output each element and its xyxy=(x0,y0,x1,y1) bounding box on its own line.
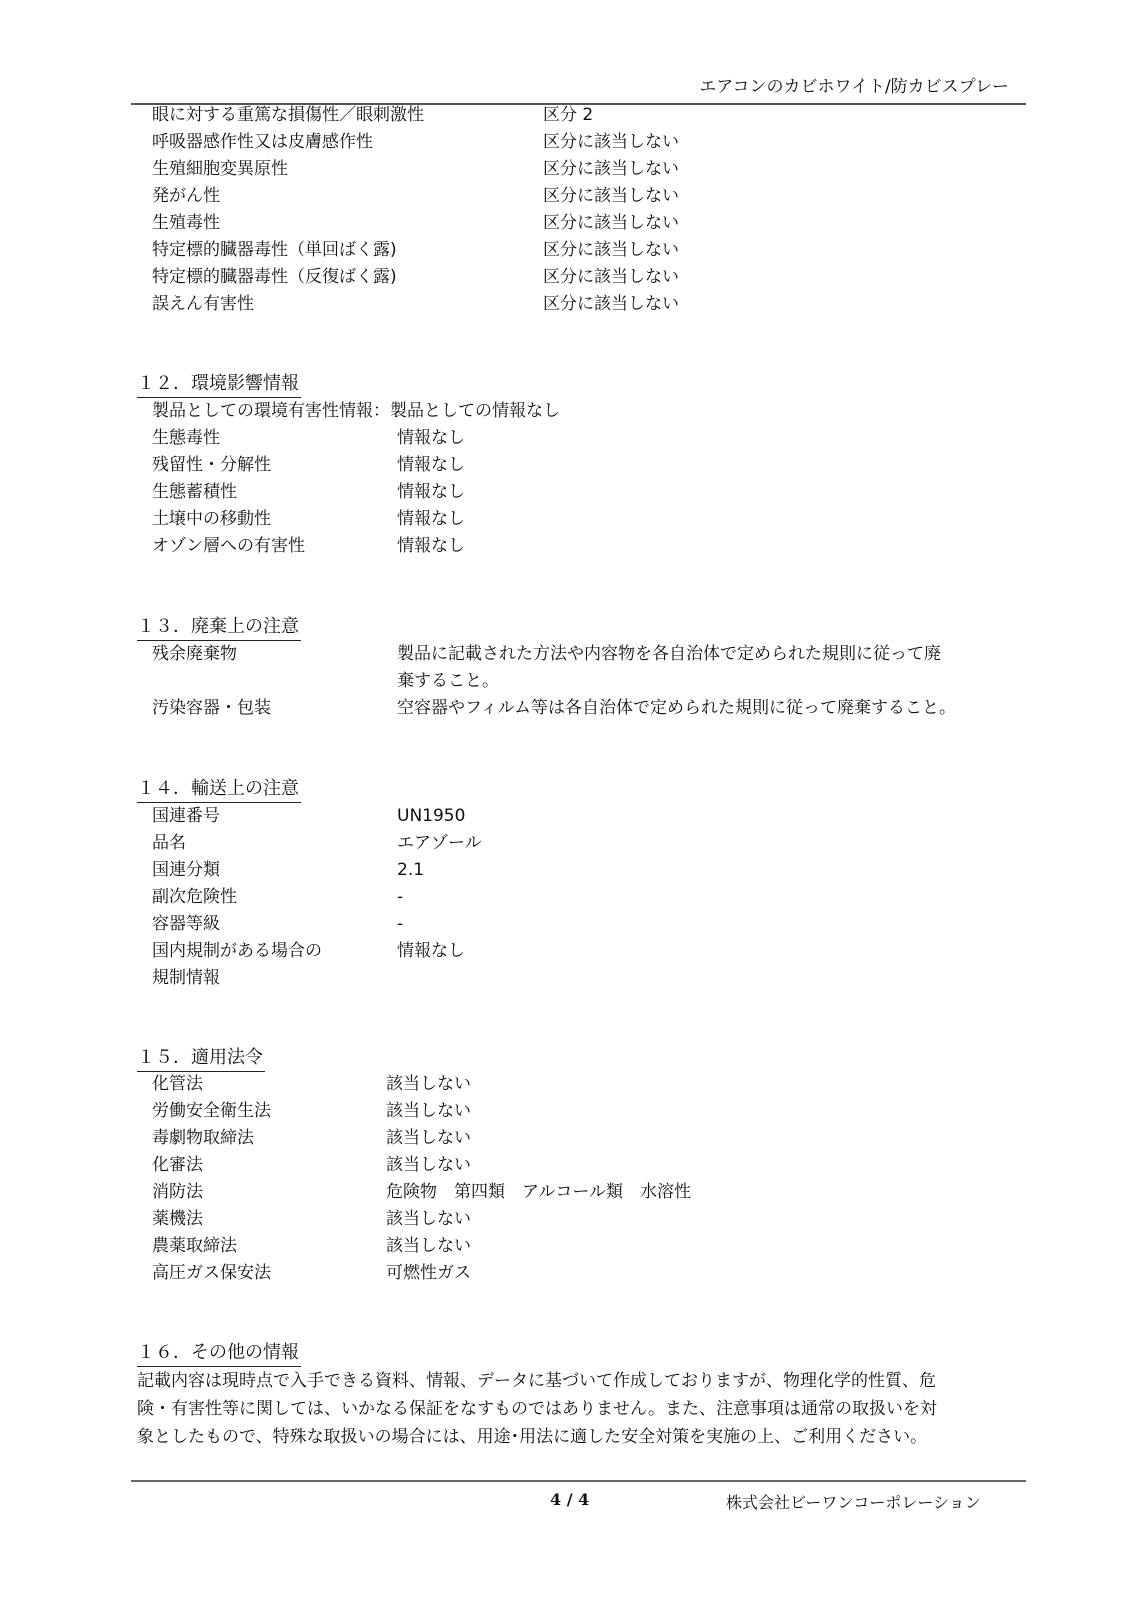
section-heading: １３．廃棄上の注意 xyxy=(137,614,301,641)
table-row: 生殖細胞変異原性区分に該当しない xyxy=(0,156,1131,183)
table-row: オゾン層への有害性情報なし xyxy=(0,533,1131,560)
table-row: 発がん性区分に該当しない xyxy=(0,183,1131,210)
table-row: 呼吸器感作性又は皮膚感作性区分に該当しない xyxy=(0,129,1131,156)
table-row: 品名エアゾール xyxy=(0,830,1131,857)
table-row: 特定標的臓器毒性（反復ばく露)区分に該当しない xyxy=(0,264,1131,291)
table-row: 土壌中の移動性情報なし xyxy=(0,506,1131,533)
table-row: 生態毒性情報なし xyxy=(0,425,1131,452)
table-row: 汚染容器・包装空容器やフィルム等は各自治体で定められた規則に従って廃棄すること。 xyxy=(0,695,1131,722)
paragraph-line: 記載内容は現時点で入手できる資料、情報、データに基づいて作成しておりますが、物理… xyxy=(0,1368,1131,1395)
paragraph-line: 険・有害性等に関しては、いかなる保証をなすものではありません。また、注意事項は通… xyxy=(0,1396,1131,1423)
table-row: 容器等級- xyxy=(0,911,1131,938)
section-heading: １４．輸送上の注意 xyxy=(137,776,301,803)
table-row: 国連分類2.1 xyxy=(0,857,1131,884)
table-row: 化審法該当しない xyxy=(0,1152,1131,1179)
table-row-continuation: 規制情報 xyxy=(0,965,1131,992)
section-heading: １５．適用法令 xyxy=(137,1045,265,1072)
table-row: 薬機法該当しない xyxy=(0,1206,1131,1233)
table-row: 国内規制がある場合の情報なし xyxy=(0,938,1131,965)
table-row-continuation: 棄すること。 xyxy=(0,668,1131,695)
table-row: 生殖毒性区分に該当しない xyxy=(0,210,1131,237)
table-row: 副次危険性- xyxy=(0,884,1131,911)
table-row: 化管法該当しない xyxy=(0,1071,1131,1098)
table-row: 毒劇物取締法該当しない xyxy=(0,1125,1131,1152)
section-heading: １６．その他の情報 xyxy=(137,1340,301,1367)
table-row: 労働安全衛生法該当しない xyxy=(0,1098,1131,1125)
section-heading: １２．環境影響情報 xyxy=(137,371,301,398)
table-row: 残留性・分解性情報なし xyxy=(0,452,1131,479)
table-row: 消防法危険物 第四類 アルコール類 水溶性 xyxy=(0,1179,1131,1206)
section-intro: 製品としての環境有害性情報：製品としての情報なし xyxy=(0,398,1131,425)
table-row: 眼に対する重篤な損傷性／眼刺激性区分 2 xyxy=(0,102,1131,129)
paragraph-line: 象としたもので、特殊な取扱いの場合には、用途･用法に適した安全対策を実施の上、ご… xyxy=(0,1424,1131,1451)
footer-divider xyxy=(131,1480,1026,1482)
page-number: 4 / 4 xyxy=(550,1490,589,1509)
document-header-title: エアコンのカビホワイト/防カビスプレー xyxy=(699,72,1009,97)
table-row: 特定標的臓器毒性（単回ばく露)区分に該当しない xyxy=(0,237,1131,264)
table-row: 高圧ガス保安法可燃性ガス xyxy=(0,1260,1131,1287)
table-row: 残余廃棄物製品に記載された方法や内容物を各自治体で定められた規則に従って廃 xyxy=(0,641,1131,668)
table-row: 生態蓄積性情報なし xyxy=(0,479,1131,506)
company-name: 株式会社ビーワンコーポレーション xyxy=(726,1490,981,1513)
table-row: 国連番号UN1950 xyxy=(0,803,1131,830)
table-row: 農薬取締法該当しない xyxy=(0,1233,1131,1260)
table-row: 誤えん有害性区分に該当しない xyxy=(0,291,1131,318)
